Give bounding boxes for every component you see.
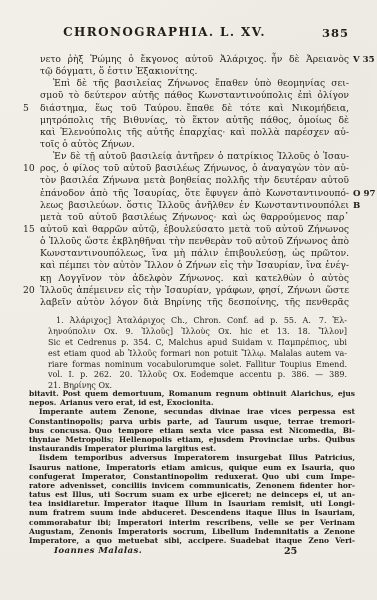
line-text: ρος, ὁ φίλος τοῦ αὐτοῦ βασιλέως Ζήνωνος,… — [40, 163, 349, 174]
printer-signature-title: Ioannes Malalas. — [54, 546, 142, 556]
line-text: καὶ πέμπει τὸν αὐτὸν Ἴλλον ὁ Ζήνων εἰς τ… — [40, 260, 349, 271]
latin-text-line: num fratrem suum inde abduceret. Descend… — [29, 508, 355, 517]
line-text: σμοῦ τὸ δεύτερον αὐτῆς πάθος Κωνσταντινο… — [40, 90, 349, 101]
latin-text-line: Imperatore, a quo metuebat sibi, acciper… — [29, 536, 355, 545]
line-text: Ἐν δὲ τῇ αὐτοῦ βασιλείᾳ ἀντῆρεν ὁ πατρίκ… — [53, 151, 349, 162]
greek-text-line: τοῖς ὁ αὐτὸς Ζήνων. — [40, 139, 349, 151]
line-text: Κωνσταντινουπόλεως, ἵνα μὴ πάλιν ἐπιβουλ… — [40, 248, 349, 259]
greek-text-line: νετο ῥὴξ Ῥώμης ὁ ἔκγονος αὐτοῦ Ἀλάριχος.… — [40, 54, 349, 66]
line-text: μητρόπολις τῆς Βιθυνίας, τὸ ἕκτον αὐτῆς … — [40, 115, 349, 126]
latin-text-line: confugerat Imperator, Constantinopolim r… — [29, 472, 355, 481]
latin-text-line: nepos. Arianus vero erat, id est, Exocio… — [29, 398, 355, 407]
latin-translation-block: bitavit. Post quem demortuum, Romanum re… — [29, 389, 355, 545]
latin-text-line: Iisdem temporibus adversus Imperatorem i… — [29, 453, 355, 462]
page-number: 385 — [322, 26, 349, 40]
line-text: Imperante autem Zenone, secundas divinae… — [39, 407, 355, 416]
greek-text-line: μητρόπολις τῆς Βιθυνίας, τὸ ἕκτον αὐτῆς … — [40, 115, 349, 127]
verse-line-number: 15 — [23, 224, 35, 236]
line-text: confugerat Imperator, Constantinopolim r… — [29, 472, 355, 481]
greek-text-line: καὶ πέμπει τὸν αὐτὸν Ἴλλον ὁ Ζήνων εἰς τ… — [40, 260, 349, 272]
line-text: ratore advenisset, conciliis invicem com… — [29, 481, 355, 490]
latin-text-line: tea insidiaretur. Imperator itaque Illum… — [29, 499, 355, 508]
line-text: νετο ῥὴξ Ῥώμης ὁ ἔκγονος αὐτοῦ Ἀλάριχος.… — [40, 54, 349, 65]
greek-text-line: μετὰ τοῦ αὐτοῦ βασιλέως Ζήνωνος· καὶ ὡς … — [40, 212, 349, 224]
line-text: bus concussa. Quo tempore etiam sexta vi… — [29, 426, 355, 435]
line-text: Augustam, Zenonis Imperatoris socrum, Li… — [29, 527, 355, 536]
line-text: vol. I. p. 262. 20. Ἰλλοῦς Ox. Eodemque … — [48, 370, 347, 379]
latin-text-line: thyniae Metropolis; Hellenopolis etiam, … — [29, 435, 355, 444]
line-text: est etiam quod ab Ἰλλοῦς formari non pot… — [48, 349, 347, 358]
latin-text-line: tatus est Illus, uti Socrum suam ex urbe… — [29, 490, 355, 499]
line-text: 1. Ἀλάριχος] Ἀταλάριχος Ch., Chron. Conf… — [56, 316, 347, 325]
margin-note: V 35 — [353, 54, 375, 66]
page-header: CHRONOGRAPHIA. L. XV. 385 — [38, 25, 351, 41]
latin-text-line: Constantinopolis; parva urbis parte, ad … — [29, 417, 355, 426]
line-text: κῃ Λογγῖνον τὸν ἀδελφὸν Ζήνωνος. καὶ κατ… — [40, 273, 349, 284]
line-text: Ἰλλοῦς ἀπέμεινεν εἰς τὴν Ἰσαυρίαν, γράφω… — [40, 285, 349, 296]
greek-text-line: κῃ Λογγῖνον τὸν ἀδελφὸν Ζήνωνος. καὶ κατ… — [40, 273, 349, 285]
greek-text-line: 20Ἰλλοῦς ἀπέμεινεν εἰς τὴν Ἰσαυρίαν, γρά… — [40, 285, 349, 297]
latin-text-line: bus concussa. Quo tempore etiam sexta vi… — [29, 426, 355, 435]
running-title: CHRONOGRAPHIA. L. XV. — [38, 25, 291, 39]
line-text: μετὰ τοῦ αὐτοῦ βασιλέως Ζήνωνος· καὶ ὡς … — [40, 212, 349, 223]
latin-text-line: Imperante autem Zenone, secundas divinae… — [29, 407, 355, 416]
greek-text-line: Κωνσταντινουπόλεως, ἵνα μὴ πάλιν ἐπιβουλ… — [40, 248, 349, 260]
greek-text-line: λαβεῖν αὐτὸν λόγον διὰ Βηρίνης τῆς δεσπο… — [40, 297, 349, 309]
apparatus-line: 1. Ἀλάριχος] Ἀταλάριχος Ch., Chron. Conf… — [48, 316, 347, 327]
apparatus-line: riare formas nominum vocabulorumque sole… — [48, 360, 347, 371]
line-text: ἐπάνοδον ἀπὸ τῆς Ἰσαυρίας, ὅτε ἔφυγεν ἀπ… — [40, 188, 349, 199]
verse-line-number: 5 — [23, 103, 29, 115]
line-text: thyniae Metropolis; Hellenopolis etiam, … — [29, 435, 355, 444]
greek-text-line: λεως βασιλεύων. ὅστις Ἰλλοῦς ἀνῆλθεν ἐν … — [40, 200, 349, 212]
line-text: Isaurus natione, Imperatoris etiam amicu… — [29, 463, 355, 472]
line-text: bitavit. Post quem demortuum, Romanum re… — [29, 389, 355, 398]
greek-text-line: σμοῦ τὸ δεύτερον αὐτῆς πάθος Κωνσταντινο… — [40, 90, 349, 102]
latin-text-line: Augustam, Zenonis Imperatoris socrum, Li… — [29, 527, 355, 536]
line-text: tea insidiaretur. Imperator itaque Illum… — [29, 499, 355, 508]
greek-text-line: 15αὐτοῦ καὶ θαρρῶν αὐτῷ, ἐβουλεύσατο μετ… — [40, 224, 349, 236]
greek-text-line: τῷ δόγματι, ὅ ἐστιν Ἐξακιονίτης. — [40, 66, 349, 78]
line-text: riare formas nominum vocabulorumque sole… — [48, 360, 347, 369]
line-text: αὐτοῦ καὶ θαρρῶν αὐτῷ, ἐβουλεύσατο μετὰ … — [40, 224, 349, 235]
line-text: τὸν βασιλέα Ζήνωνα μετὰ βοηθείας πολλῆς … — [40, 175, 349, 186]
apparatus-line: vol. I. p. 262. 20. Ἰλλοῦς Ox. Eodemque … — [48, 370, 347, 381]
margin-note: B — [353, 200, 360, 212]
line-text: ληνούπολιν Ox. 9. Ἰλλοῦς] Ἰλλοὺς Ox. hic… — [48, 327, 347, 336]
verse-line-number: 20 — [23, 285, 35, 297]
greek-text-line: Ἐν δὲ τῇ αὐτοῦ βασιλείᾳ ἀντῆρεν ὁ πατρίκ… — [40, 151, 349, 163]
line-text: Iisdem temporibus adversus Imperatorem i… — [39, 453, 355, 462]
greek-text-block: νετο ῥὴξ Ῥώμης ὁ ἔκγονος αὐτοῦ Ἀλάριχος.… — [40, 54, 349, 309]
sheet-number: 25 — [284, 546, 297, 557]
line-text: διάστημα, ἕως τοῦ Ταύρου. ἔπαθε δὲ τότε … — [40, 103, 349, 114]
latin-text-line: Isaurus natione, Imperatoris etiam amicu… — [29, 463, 355, 472]
line-text: λαβεῖν αὐτὸν λόγον διὰ Βηρίνης τῆς δεσπο… — [40, 297, 349, 308]
apparatus-criticus-block: 1. Ἀλάριχος] Ἀταλάριχος Ch., Chron. Conf… — [48, 316, 347, 392]
greek-text-line: καὶ Ἑλενούπολις τῆς αὐτῆς ἐπαρχίας· καὶ … — [40, 127, 349, 139]
latin-text-line: instaurandis Imperator plurima largitus … — [29, 444, 355, 453]
line-text: τῷ δόγματι, ὅ ἐστιν Ἐξακιονίτης. — [40, 66, 197, 77]
line-text: num fratrem suum inde abduceret. Descend… — [29, 508, 355, 517]
apparatus-line: est etiam quod ab Ἰλλοῦς formari non pot… — [48, 349, 347, 360]
line-text: Ἐπὶ δὲ τῆς βασιλείας Ζήνωνος ἔπαθεν ὑπὸ … — [53, 78, 349, 89]
line-text: commorabatur ibi; Imperatori interim res… — [29, 518, 355, 527]
line-text: τοῖς ὁ αὐτὸς Ζήνων. — [40, 139, 135, 150]
greek-text-line: Ἐπὶ δὲ τῆς βασιλείας Ζήνωνος ἔπαθεν ὑπὸ … — [40, 78, 349, 90]
line-text: Imperatore, a quo metuebat sibi, acciper… — [29, 536, 355, 545]
greek-text-line: 5διάστημα, ἕως τοῦ Ταύρου. ἔπαθε δὲ τότε… — [40, 103, 349, 115]
line-text: Constantinopolis; parva urbis parte, ad … — [29, 417, 355, 426]
line-text: ὁ Ἰλλοῦς ὥστε ἐκβληθῆναι τὴν πενθερὰν το… — [40, 236, 349, 247]
line-text: tatus est Illus, uti Socrum suam ex urbe… — [29, 490, 355, 499]
verse-line-number: 10 — [23, 163, 35, 175]
apparatus-line: ληνούπολιν Ox. 9. Ἰλλοῦς] Ἰλλοὺς Ox. hic… — [48, 327, 347, 338]
line-text: instaurandis Imperator plurima largitus … — [29, 444, 216, 453]
greek-text-line: 10ρος, ὁ φίλος τοῦ αὐτοῦ βασιλέως Ζήνωνο… — [40, 163, 349, 175]
latin-text-line: bitavit. Post quem demortuum, Romanum re… — [29, 389, 355, 398]
line-text: nepos. Arianus vero erat, id est, Exocio… — [29, 398, 213, 407]
line-text: Sic et Cedrenus p. 354. C, Malchus apud … — [48, 338, 347, 347]
margin-note: O 97 — [353, 188, 375, 200]
latin-text-line: commorabatur ibi; Imperatori interim res… — [29, 518, 355, 527]
greek-text-line: τὸν βασιλέα Ζήνωνα μετὰ βοηθείας πολλῆς … — [40, 175, 349, 187]
page-footer: Ioannes Malalas. 25 — [30, 546, 353, 560]
apparatus-line: Sic et Cedrenus p. 354. C, Malchus apud … — [48, 338, 347, 349]
latin-text-line: ratore advenisset, conciliis invicem com… — [29, 481, 355, 490]
book-page: CHRONOGRAPHIA. L. XV. 385 νετο ῥὴξ Ῥώμης… — [0, 0, 377, 600]
greek-text-line: ὁ Ἰλλοῦς ὥστε ἐκβληθῆναι τὴν πενθερὰν το… — [40, 236, 349, 248]
line-text: λεως βασιλεύων. ὅστις Ἰλλοῦς ἀνῆλθεν ἐν … — [40, 200, 349, 211]
greek-text-line: ἐπάνοδον ἀπὸ τῆς Ἰσαυρίας, ὅτε ἔφυγεν ἀπ… — [40, 188, 349, 200]
line-text: καὶ Ἑλενούπολις τῆς αὐτῆς ἐπαρχίας· καὶ … — [40, 127, 349, 138]
